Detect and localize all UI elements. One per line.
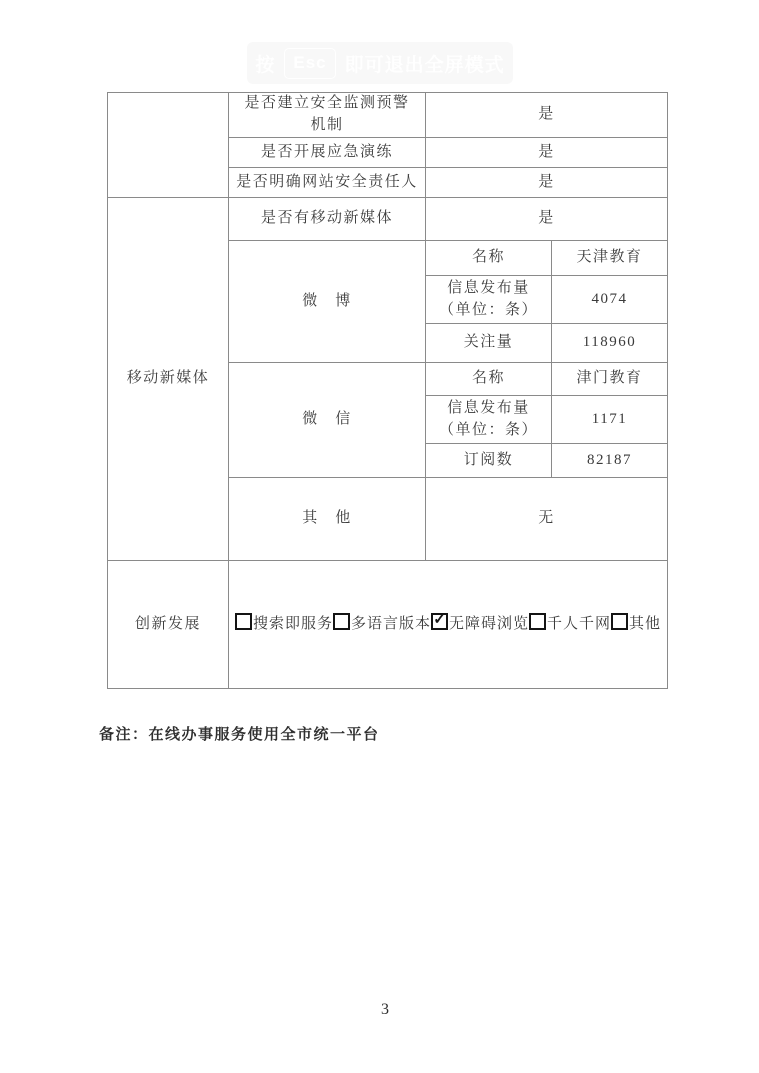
checkbox-search-as-service[interactable] (235, 613, 252, 630)
cell-weibo-label: 微 博 (229, 241, 426, 363)
checkbox-multilingual[interactable] (333, 613, 350, 630)
cell-wechat-name-label: 名称 (426, 363, 552, 396)
category-cell-empty (108, 93, 229, 198)
cell-other-media-label: 其 他 (229, 478, 426, 561)
cell-wechat-label: 微 信 (229, 363, 426, 478)
cell-wechat-subscribers-label: 订阅数 (426, 444, 552, 478)
cell-wechat-posts-label: 信息发布量 （单位：条） (426, 396, 552, 444)
checkbox-label: 搜索即服务 (253, 616, 333, 632)
cell-security-owner-label: 是否明确网站安全责任人 (229, 168, 426, 198)
cell-weibo-name-label: 名称 (426, 241, 552, 276)
fullscreen-exit-toast: 按 Esc 即可退出全屏模式 (247, 42, 513, 84)
toast-prefix-text: 按 (255, 50, 275, 77)
page-number: 3 (0, 1001, 759, 1019)
cell-has-mobile-value: 是 (426, 198, 668, 241)
cell-weibo-followers-value: 118960 (552, 324, 668, 363)
table-row: 移动新媒体 是否有移动新媒体 是 (108, 198, 668, 241)
cell-wechat-name-value: 津门教育 (552, 363, 668, 396)
checkbox-personalized-web[interactable] (529, 613, 546, 630)
checkbox-label: 其他 (629, 616, 661, 632)
cell-security-owner-value: 是 (426, 168, 668, 198)
cell-wechat-posts-value: 1171 (552, 396, 668, 444)
cell-innovation-options: 搜索即服务多语言版本无障碍浏览千人千网其他 (229, 561, 668, 689)
checkbox-accessible-browsing[interactable] (431, 613, 448, 630)
document-page: 按 Esc 即可退出全屏模式 是否建立安全监测预警 机制 是 是否开展应急演练 … (0, 0, 759, 1073)
cell-emergency-drill-value: 是 (426, 138, 668, 168)
checkbox-label: 无障碍浏览 (449, 616, 529, 632)
cell-emergency-drill-label: 是否开展应急演练 (229, 138, 426, 168)
checkbox-other[interactable] (611, 613, 628, 630)
checkbox-label: 多语言版本 (351, 616, 431, 632)
cell-wechat-subscribers-value: 82187 (552, 444, 668, 478)
checkbox-label: 千人千网 (547, 616, 611, 632)
table-row: 创新发展 搜索即服务多语言版本无障碍浏览千人千网其他 (108, 561, 668, 689)
cell-other-media-value: 无 (426, 478, 668, 561)
annual-report-table: 是否建立安全监测预警 机制 是 是否开展应急演练 是 是否明确网站安全责任人 是… (107, 92, 668, 689)
innovation-checkbox-line: 搜索即服务多语言版本无障碍浏览千人千网其他 (235, 616, 661, 632)
category-cell-innovation: 创新发展 (108, 561, 229, 689)
cell-has-mobile-label: 是否有移动新媒体 (229, 198, 426, 241)
toast-suffix-text: 即可退出全屏模式 (345, 50, 505, 77)
esc-key-badge: Esc (284, 48, 335, 79)
note-text: 备注：在线办事服务使用全市统一平台 (99, 723, 380, 744)
cell-security-monitoring-label: 是否建立安全监测预警 机制 (229, 93, 426, 138)
cell-weibo-name-value: 天津教育 (552, 241, 668, 276)
cell-security-monitoring-value: 是 (426, 93, 668, 138)
category-cell-mobile-media: 移动新媒体 (108, 198, 229, 561)
table-row: 是否建立安全监测预警 机制 是 (108, 93, 668, 138)
cell-weibo-posts-label: 信息发布量 （单位：条） (426, 276, 552, 324)
cell-weibo-posts-value: 4074 (552, 276, 668, 324)
cell-weibo-followers-label: 关注量 (426, 324, 552, 363)
